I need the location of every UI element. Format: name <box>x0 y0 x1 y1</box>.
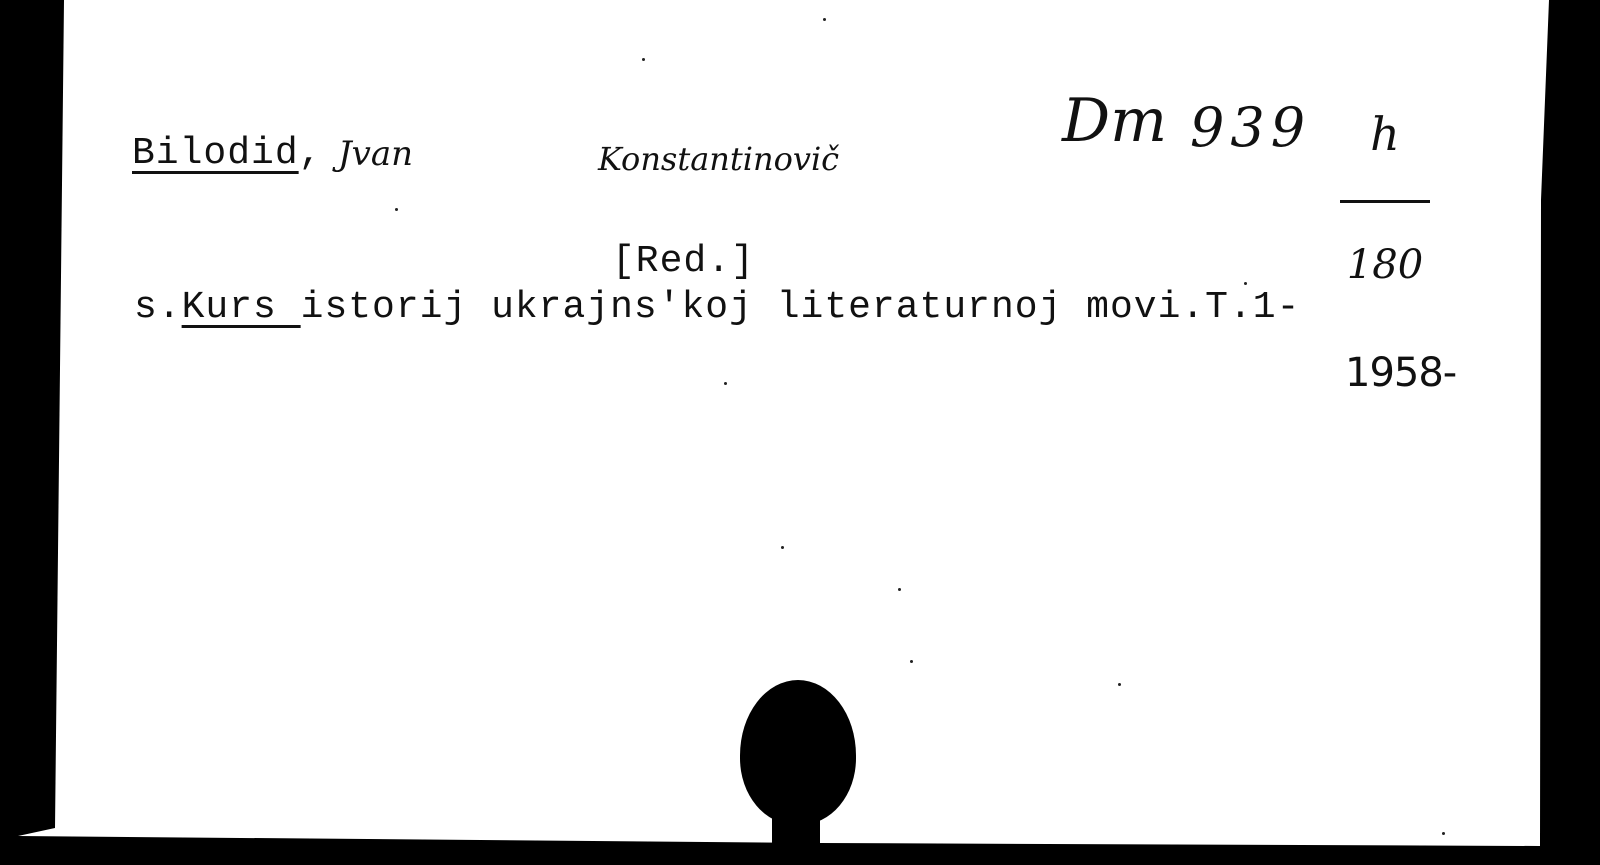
title-prefix: s. <box>134 286 182 329</box>
speck <box>781 546 784 549</box>
speck <box>898 588 901 591</box>
call-number-prefix: Dm <box>1062 86 1167 156</box>
call-number-fraction: h 180 <box>1340 70 1430 325</box>
speck <box>823 18 826 21</box>
author-given-name: Jvan <box>338 134 413 174</box>
author-separator: , <box>299 132 323 175</box>
speck <box>1442 832 1445 835</box>
speck <box>395 208 398 211</box>
speck <box>642 58 645 61</box>
fraction-bar <box>1340 200 1430 203</box>
card-punch-hole-neck <box>772 800 820 850</box>
author-heading: Bilodid, <box>132 132 322 175</box>
title-keyword: Kurs <box>182 286 301 329</box>
speck <box>910 660 913 663</box>
call-number-main: 939 <box>1190 96 1311 159</box>
call-number-fraction-bottom: 180 <box>1340 243 1430 287</box>
title-rest: istorij ukrajns'koj literaturnoj movi.T.… <box>301 286 1301 329</box>
role-note: [Red.] <box>612 240 755 283</box>
publication-years: 1958- <box>1345 350 1456 396</box>
call-number-fraction-top: h <box>1340 108 1430 160</box>
author-patronymic: Konstantinovič <box>598 140 839 178</box>
author-surname: Bilodid <box>132 132 299 175</box>
title-line: s.Kurs istorij ukrajns'koj literaturnoj … <box>134 286 1300 329</box>
speck <box>1118 683 1121 686</box>
speck <box>724 382 727 385</box>
speck <box>1244 282 1247 285</box>
